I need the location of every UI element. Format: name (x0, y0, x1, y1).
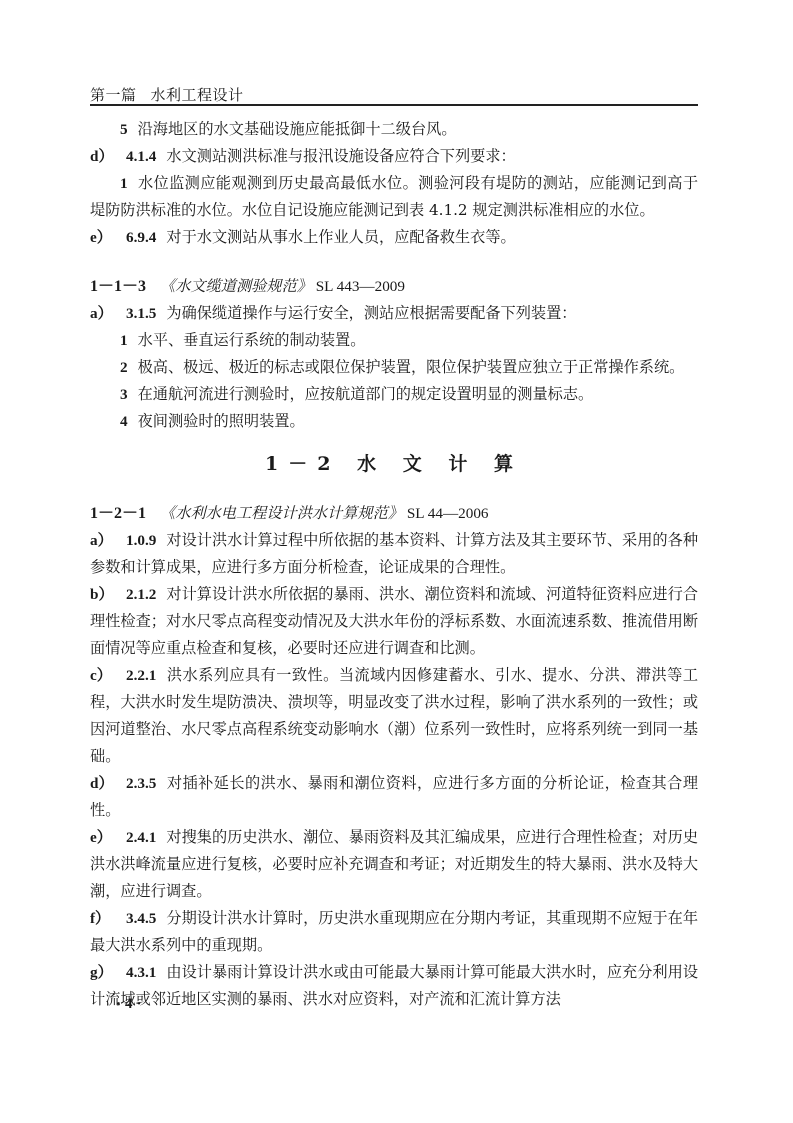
section-title: 1－2 水 文 计 算 (90, 451, 698, 478)
list-item: 1水平、垂直运行系统的制动装置。 (90, 327, 698, 354)
list-item: 3在通航河流进行测验时，应按航道部门的规定设置明显的测量标志。 (90, 381, 698, 408)
list-item: 5沿海地区的水文基础设施应能抵御十二级台风。 (90, 116, 698, 143)
clause-item: f）3.4.5分期设计洪水计算时，历史洪水重现期应在分期内考证，其重现期不应短于… (90, 905, 698, 959)
clause-item: d）2.3.5对插补延长的洪水、暴雨和潮位资料，应进行多方面的分析论证，检查其合… (90, 770, 698, 824)
header-title: 水利工程设计 (151, 86, 244, 104)
page-number: ·4· (116, 996, 146, 1013)
page-body: 5沿海地区的水文基础设施应能抵御十二级台风。 d）4.1.4水文测站测洪标准与报… (90, 116, 698, 1013)
clause-item: a）3.1.5为确保缆道操作与运行安全，测站应根据需要配备下列装置： (90, 300, 698, 327)
clause-item: e）6.9.4对于水文测站从事水上作业人员，应配备救生衣等。 (90, 224, 698, 251)
standard-heading: 1－1－3《水文缆道测验规范》 SL 443—2009 (90, 273, 698, 300)
clause-item: a）1.0.9对设计洪水计算过程中所依据的基本资料、计算方法及其主要环节、采用的… (90, 527, 698, 581)
standard-heading: 1－2－1《水利水电工程设计洪水计算规范》 SL 44—2006 (90, 500, 698, 527)
list-item: 1水位监测应能观测到历史最高最低水位。测验河段有堤防的测站，应能测记到高于堤防防… (90, 170, 698, 224)
clause-item: c）2.2.1洪水系列应具有一致性。当流域内因修建蓄水、引水、提水、分洪、滞洪等… (90, 662, 698, 770)
header-part: 第一篇 (90, 86, 137, 104)
list-item: 2极高、极远、极近的标志或限位保护装置，限位保护装置应独立于正常操作系统。 (90, 354, 698, 381)
header-rule (90, 104, 698, 106)
clause-item: g）4.3.1由设计暴雨计算设计洪水或由可能最大暴雨计算可能最大洪水时，应充分利… (90, 959, 698, 1013)
clause-item: d）4.1.4水文测站测洪标准与报汛设施设备应符合下列要求： (90, 143, 698, 170)
running-header: 第一篇水利工程设计 (90, 84, 244, 105)
list-item: 4夜间测验时的照明装置。 (90, 408, 698, 435)
clause-item: b）2.1.2对计算设计洪水所依据的暴雨、洪水、潮位资料和流域、河道特征资料应进… (90, 581, 698, 662)
clause-item: e）2.4.1对搜集的历史洪水、潮位、暴雨资料及其汇编成果，应进行合理性检查；对… (90, 824, 698, 905)
